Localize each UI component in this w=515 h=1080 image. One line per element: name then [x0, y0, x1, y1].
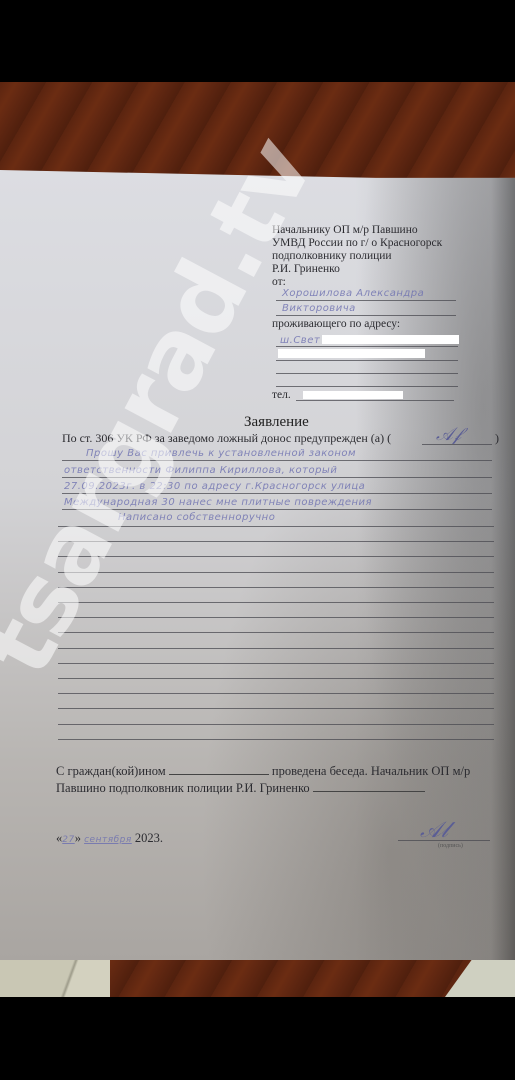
- ruled-line: [58, 708, 494, 709]
- ruled-line: [58, 617, 494, 618]
- date-line: «27» сентября 2023.: [56, 832, 163, 845]
- warning-close: ): [495, 432, 499, 444]
- conversation-line-2-text: Павшино подполковник полиции Р.И. Гринен…: [56, 781, 310, 795]
- ruled-line: [58, 724, 494, 725]
- conversation-line-1: С граждан(кой)ином проведена беседа. Нач…: [56, 765, 470, 778]
- signature-caption: (подпись): [438, 843, 463, 849]
- address-line-3: [276, 373, 458, 374]
- redaction-address-2: [278, 349, 425, 358]
- ruled-line: [58, 572, 494, 573]
- from-name-handwritten-2: Викторовича: [282, 303, 356, 314]
- address-line-2: [276, 360, 458, 361]
- ruled-line: [58, 693, 494, 694]
- ruled-line: [58, 602, 494, 603]
- date-quote-close: »: [75, 831, 81, 845]
- date-month: сентября: [84, 835, 132, 845]
- address-line-1: [276, 346, 458, 347]
- redaction-address-1: [322, 335, 459, 344]
- signature-line: [398, 840, 490, 841]
- address-label: проживающего по адресу:: [272, 319, 400, 331]
- conversation-line-2: Павшино подполковник полиции Р.И. Гринен…: [56, 782, 425, 795]
- ruled-line: [58, 632, 494, 633]
- date-day: 27: [62, 835, 74, 845]
- address-handwritten: ш.Свет: [280, 335, 320, 346]
- ruled-line: [58, 739, 494, 740]
- floor-left: [0, 958, 110, 997]
- address-line-4: [276, 386, 458, 387]
- ruled-line: [58, 678, 494, 679]
- from-name-handwritten-1: Хорошилова Александра: [282, 288, 424, 299]
- statement-title: Заявление: [244, 414, 309, 431]
- conversation-line-1b: проведена беседа. Начальник ОП м/р: [272, 764, 470, 778]
- ruled-line: [58, 663, 494, 664]
- phone-label: тел.: [272, 390, 291, 402]
- ruled-line: [58, 587, 494, 588]
- date-year: 2023.: [135, 831, 163, 845]
- phone-line: [296, 400, 454, 401]
- from-line-1: [276, 300, 456, 301]
- warning-signature: 𝒜𝒻: [436, 424, 461, 445]
- from-line-2: [276, 315, 456, 316]
- redaction-phone: [303, 391, 403, 399]
- conversation-line-1a: С граждан(кой)ином: [56, 764, 166, 778]
- bottom-black-bar: [0, 997, 515, 1080]
- top-black-bar: [0, 0, 515, 82]
- ruled-line: [58, 648, 494, 649]
